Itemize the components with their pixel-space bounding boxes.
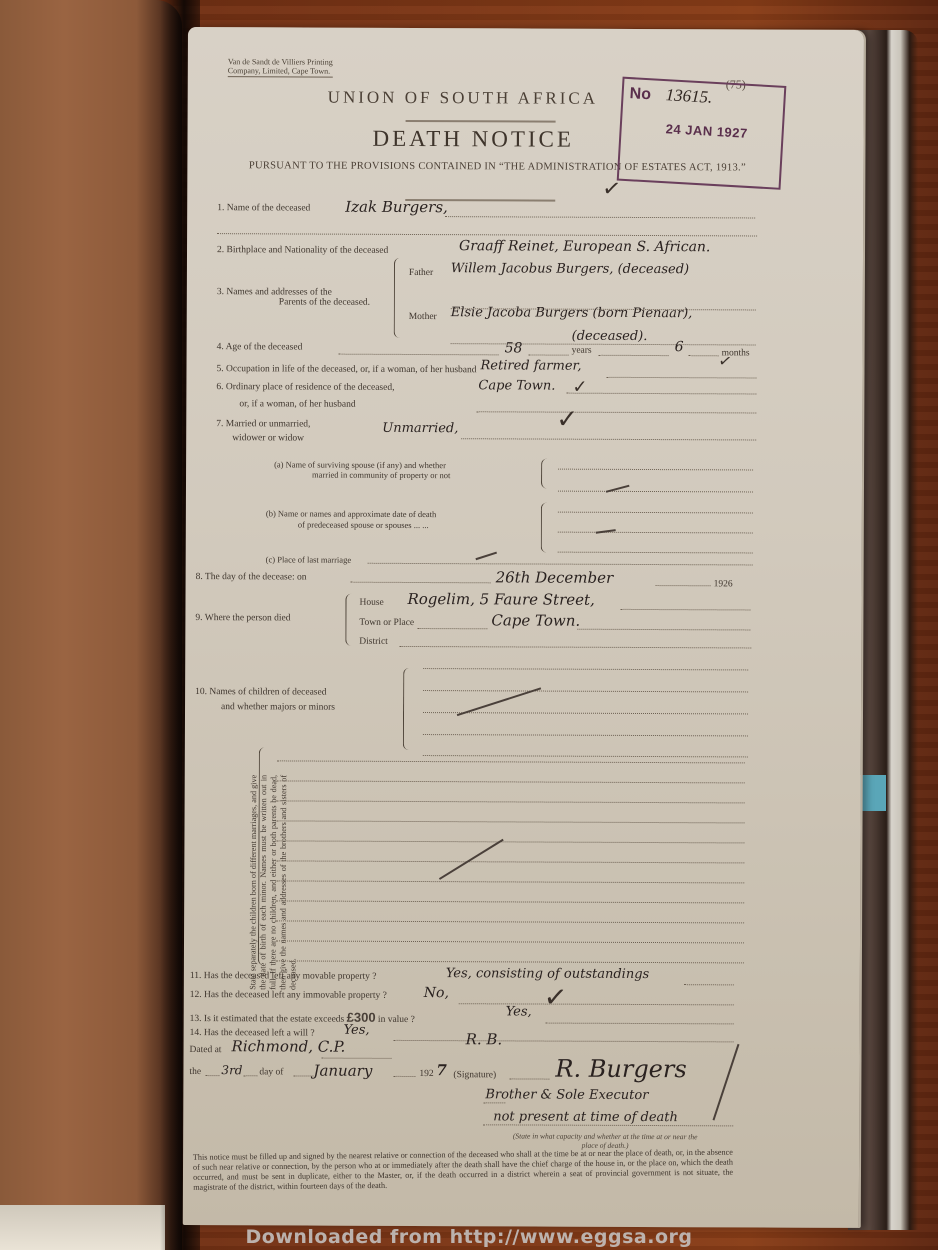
mother-value-2: (deceased). [572,329,648,344]
brace [541,503,548,553]
dotted-line [476,411,756,413]
date-of-death-value: 26th December [496,568,614,587]
estate-value-label-pre: 13. Is it estimated that the estate exce… [190,1014,345,1025]
check-mark-icon: ✓ [717,350,734,371]
birthplace-label: 2. Birthplace and Nationality of the dec… [217,245,388,256]
dotted-line [461,438,756,440]
dotted-line [417,628,487,629]
dotted-line [368,563,753,566]
brace [258,747,266,965]
the-label: the [189,1067,201,1077]
page-title: DEATH NOTICE [372,126,574,153]
occupation-value: Retired farmer, [480,358,581,373]
dotted-line [423,755,748,757]
dotted-line [558,552,753,554]
dotted-line [423,668,748,670]
blue-tab-marker [858,775,886,811]
check-mark-icon: ✓ [556,405,578,435]
dotted-line [606,377,756,379]
residence-value: Cape Town. [478,378,555,393]
watermark: Downloaded from http://www.eggsa.org [0,1226,938,1248]
dotted-line [529,354,569,355]
dotted-line [423,690,748,692]
dotted-line [277,760,745,763]
mother-value: Elsie Jacoba Burgers (born Pienaar), [451,305,693,321]
spouse-a-label-2: married in community of property or not [312,470,450,481]
dotted-line [217,233,757,236]
age-label: 4. Age of the deceased [217,342,303,352]
book-cover-left [0,0,182,1250]
town-label: Town or Place [359,618,414,628]
dotted-line [558,491,753,493]
age-years: 58 [505,340,523,356]
registry-stamp: No 13615. 24 JAN 1927 [617,77,787,190]
dotted-line [276,940,744,943]
stamp-number: 13615. [665,85,713,108]
residence-label-2: or, if a woman, of her husband [239,399,355,410]
check-mark-icon: ✓ [572,377,587,398]
dotted-line [423,712,748,714]
dotted-line [656,585,711,586]
spouse-a-label-1: (a) Name of surviving spouse (if any) an… [274,459,446,470]
parents-label-2: Parents of the deceased. [279,297,370,307]
last-marriage-label: (c) Place of last marriage [266,554,351,564]
dotted-line [322,1058,392,1059]
dotted-line [423,734,748,736]
dotted-line [394,1040,734,1042]
estate-value-label-post: in value ? [378,1015,415,1025]
name-label: 1. Name of the deceased [217,203,310,213]
marital-label-1: 7. Married or unmarried, [216,419,310,429]
day-value: 3rd [221,1063,242,1077]
death-notice-page: Van de Sandt de Villiers Printing Compan… [183,27,864,1228]
header-union: UNION OF SOUTH AFRICA [328,88,598,109]
parents-label-1: 3. Names and addresses of the [217,287,332,298]
stamp-no-label: No [629,85,651,104]
place-of-death-label: 9. Where the person died [195,613,290,623]
dotted-line [684,984,734,985]
date-of-death-label: 8. The day of the decease: on [196,572,307,582]
check-mark-icon: ✓ [601,176,623,203]
dotted-line [276,900,744,903]
residence-label-1: 6. Ordinary place of residence of the de… [216,382,394,393]
dotted-line [393,1076,415,1077]
children-instruction: State separately the children born of di… [248,775,299,990]
marital-label-2: widower or widow [232,433,304,443]
birthplace-value: Graaff Reinet, European S. African. [459,238,710,255]
dated-at-value: Richmond, C.P. [232,1037,346,1055]
spouse-b-label-1: (b) Name or names and approximate date o… [266,508,436,519]
dotted-line [445,216,755,218]
capacity-line-2: not present at time of death [493,1109,678,1125]
dotted-line [277,780,745,783]
dotted-line [276,860,744,863]
date-of-death-year: 1926 [714,579,733,589]
spouse-b-label-2: of predeceased spouse or spouses ... ... [298,519,429,530]
year-suffix: 7 [436,1061,447,1079]
immovable-property-label: 12. Has the deceased left any immovable … [190,990,387,1001]
dotted-line [509,1078,549,1079]
marital-value: Unmarried, [382,421,458,436]
printer-line-2: Company, Limited, Cape Town. [228,66,333,75]
dotted-line [276,920,744,923]
printer-imprint: Van de Sandt de Villiers Printing Compan… [228,57,333,77]
dotted-line [599,355,669,356]
dotted-line [566,393,756,395]
mother-label: Mother [409,312,437,322]
stamp-date: 24 JAN 1927 [665,121,748,141]
dotted-line [276,960,744,963]
age-months: 6 [675,339,684,355]
dotted-line [277,820,745,823]
children-label-1: 10. Names of children of deceased [195,687,326,698]
dotted-line [558,532,753,534]
estate-value-value: Yes, [506,1004,532,1019]
occupation-label: 5. Occupation in life of the deceased, o… [216,364,476,375]
year-prefix: 192 [419,1069,433,1079]
dotted-line [577,629,750,631]
years-label: years [572,346,592,356]
cancel-stroke [439,839,504,880]
dated-at-label: Dated at [190,1045,222,1055]
brace [541,459,548,489]
father-value: Willem Jacobus Burgers, (deceased) [451,261,689,277]
month-value: January [313,1062,372,1080]
brace [345,594,352,646]
dotted-line [459,1003,734,1005]
initials: R. B. [466,1030,503,1048]
dotted-line [689,355,719,356]
house-label: House [359,598,383,608]
cancel-stroke [475,552,496,560]
footer-instructions: This notice must be filled up and signed… [193,1148,733,1193]
house-value: Rogelim, 5 Faure Street, [407,590,594,609]
dotted-line [399,646,751,649]
name-value: Izak Burgers, [345,198,448,216]
dotted-line [243,1075,257,1076]
capacity-line-1: Brother & Sole Executor [485,1087,648,1103]
printer-line-1: Van de Sandt de Villiers Printing [228,57,333,66]
signature-label: (Signature) [453,1070,496,1080]
movable-property-label: 11. Has the deceased left any movable pr… [190,971,377,982]
father-label: Father [409,268,433,278]
brace [394,258,401,338]
check-mark-icon: ✓ [542,980,568,1015]
dotted-line [558,512,753,514]
estate-value-label: 13. Is it estimated that the estate exce… [190,1009,415,1025]
dotted-line [276,880,744,883]
dotted-line [276,840,744,843]
dotted-line [339,354,499,356]
dotted-line [546,1023,734,1025]
dotted-line [483,1102,505,1103]
dotted-line [277,800,745,803]
day-of-label: day of [259,1067,283,1077]
immovable-property-value: No, [424,985,449,1001]
town-value: Cape Town. [491,611,580,629]
dotted-line [293,1075,313,1076]
dotted-line [620,609,750,611]
check-stroke [713,1044,739,1120]
dotted-line [558,469,753,471]
brace [403,668,410,750]
will-value: Yes, [344,1023,370,1038]
divider [406,120,556,123]
district-label: District [359,637,388,647]
dotted-line [351,582,491,584]
signature-value: R. Burgers [555,1055,686,1084]
dotted-line [205,1075,219,1076]
children-label-2: and whether majors or minors [221,702,335,712]
